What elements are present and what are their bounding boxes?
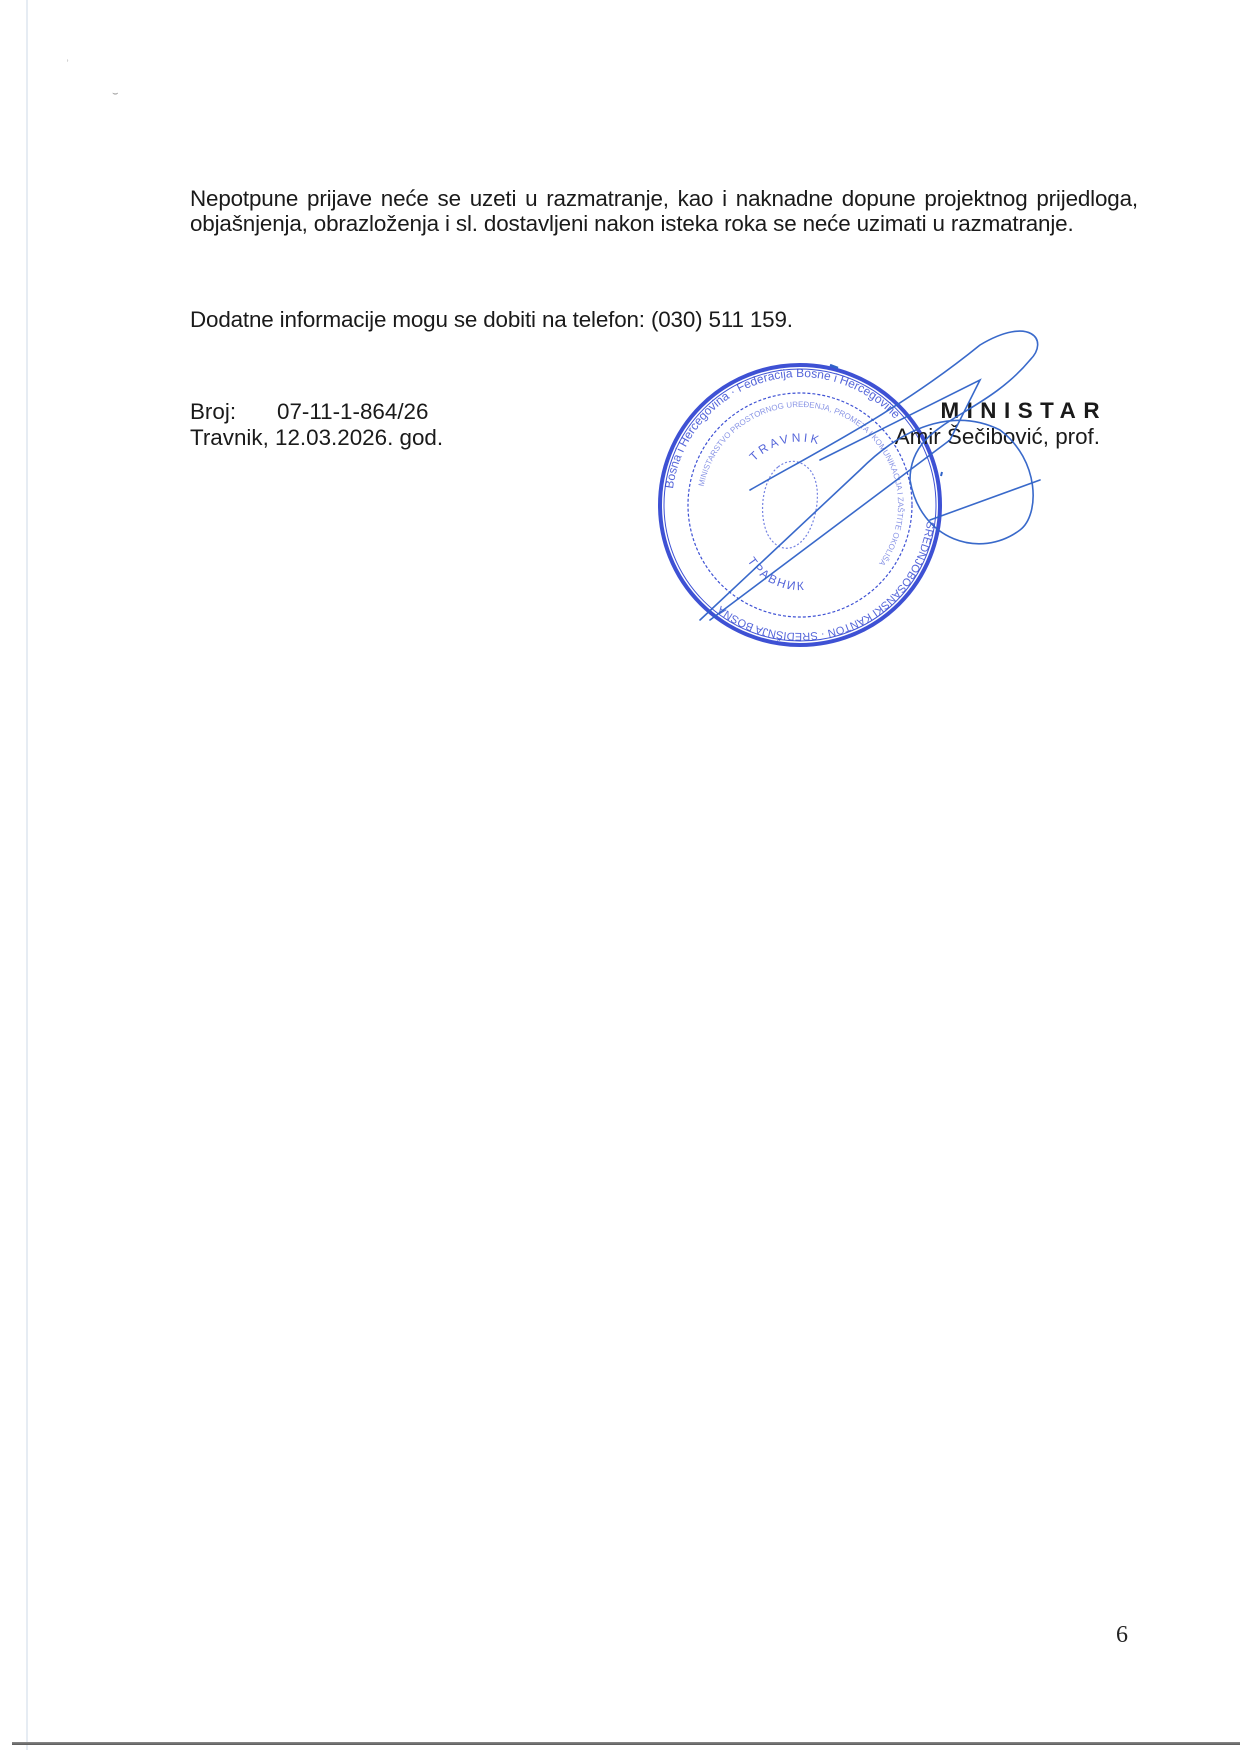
page-number: 6 — [1116, 1622, 1128, 1649]
reference-number-label: Broj: — [190, 399, 277, 425]
signature-dot — [830, 365, 838, 368]
signature-dot — [941, 472, 942, 476]
paragraph-contact-info: Dodatne informacije mogu se dobiti na te… — [190, 307, 1138, 332]
handwritten-signature — [680, 330, 1140, 650]
place-date: Travnik, 12.03.2026. god. — [190, 425, 443, 451]
reference-block: Broj: 07-11-1-864/26 Travnik, 12.03.2026… — [190, 399, 443, 451]
scan-speck: ˒ — [66, 54, 69, 65]
reference-number-value: 07-11-1-864/26 — [277, 399, 428, 425]
scan-speck: ⌣ — [112, 88, 119, 99]
paragraph-incomplete-applications: Nepotpune prijave neće se uzeti u razmat… — [190, 186, 1138, 236]
scan-left-edge — [26, 0, 28, 1750]
scan-bottom-edge — [12, 1742, 1240, 1745]
